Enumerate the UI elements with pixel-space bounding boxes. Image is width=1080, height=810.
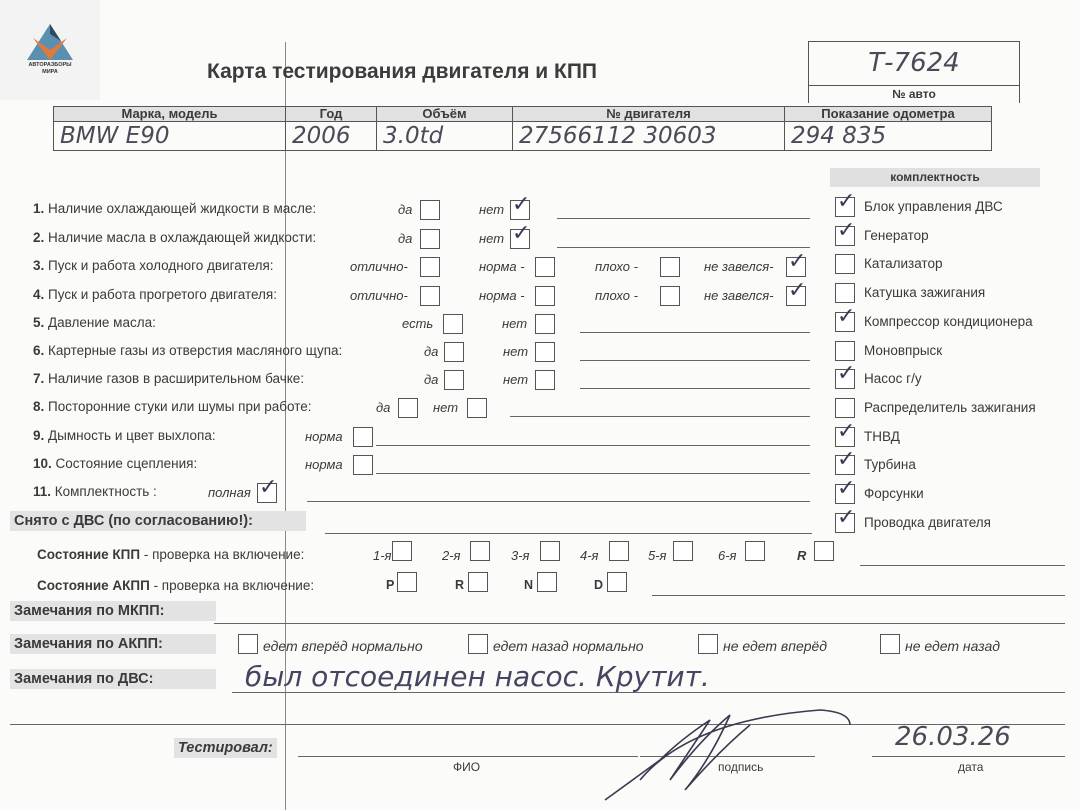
mkpp-remarks-label: Замечания по МКПП: — [10, 601, 216, 621]
gear-label: P — [386, 578, 394, 592]
item-number: 5. — [33, 315, 48, 330]
auto-number-value: Т-7624 — [809, 48, 1019, 78]
item-label: Состояние сцепления: — [56, 456, 198, 471]
item-number: 3. — [33, 258, 48, 273]
completeness-header: комплектность — [830, 168, 1040, 187]
item-number: 1. — [33, 201, 48, 216]
option-checkbox[interactable] — [398, 398, 418, 418]
akpp-remarks-label: Замечания по АКПП: — [10, 634, 216, 654]
auto-gearbox-line[interactable] — [652, 595, 1065, 596]
item-label: Пуск и работа холодного двигателя: — [48, 258, 274, 273]
option-checkbox[interactable] — [535, 257, 555, 277]
akpp-option-checkbox[interactable] — [880, 634, 900, 654]
dvs-remarks-label: Замечания по ДВС: — [10, 669, 216, 689]
item-label: Наличие охлаждающей жидкости в масле: — [48, 201, 316, 216]
completeness-item: Насос г/у — [864, 371, 922, 386]
col-engine-number: № двигателя — [513, 107, 785, 122]
gear-label: 1-я — [373, 548, 392, 563]
completeness-checkbox[interactable]: ✓ — [835, 226, 855, 246]
akpp-option-label: едет вперёд нормально — [263, 638, 423, 654]
option-checkbox[interactable]: ✓ — [510, 229, 530, 249]
date-line — [872, 756, 1065, 757]
option-label: не завелся- — [704, 259, 774, 274]
completeness-item: Катализатор — [864, 256, 942, 271]
completeness-item: Катушка зажигания — [864, 285, 985, 300]
gear-checkbox[interactable] — [673, 541, 693, 561]
checklist-item-1: 1. Наличие охлаждающей жидкости в масле: — [33, 201, 316, 216]
signature-icon — [600, 700, 860, 810]
completeness-checkbox[interactable]: ✓ — [835, 455, 855, 475]
item-label: Давление масла: — [48, 315, 156, 330]
gear-label: D — [594, 578, 603, 592]
option-label: да — [398, 202, 412, 217]
option-checkbox[interactable] — [660, 257, 680, 277]
gear-label: 3-я — [511, 548, 530, 563]
completeness-item: Моновпрыск — [864, 343, 942, 358]
year-value: 2006 — [286, 122, 377, 151]
option-label: есть — [402, 316, 433, 331]
checklist-item-2: 2. Наличие масла в охлаждающей жидкости: — [33, 230, 316, 245]
completeness-item: Распределитель зажигания — [864, 400, 1036, 415]
vehicle-info-table: Марка, модель Год Объём № двигателя Пока… — [53, 106, 992, 151]
option-label: нет — [503, 372, 528, 387]
option-checkbox[interactable] — [443, 314, 463, 334]
col-volume: Объём — [377, 107, 513, 122]
date-value[interactable]: 26.03.26 — [895, 722, 1011, 752]
checkmark-icon: ✓ — [837, 479, 855, 499]
item-label: Посторонние стуки или шумы при работе: — [48, 399, 312, 414]
checkmark-icon: ✓ — [512, 195, 530, 215]
checklist-item-7: 7. Наличие газов в расширительном бачке: — [33, 371, 304, 386]
gear-checkbox[interactable] — [814, 541, 834, 561]
completeness-checkbox[interactable]: ✓ — [835, 369, 855, 389]
completeness-checkbox[interactable]: ✓ — [835, 197, 855, 217]
gear-checkbox[interactable] — [745, 541, 765, 561]
completeness-checkbox[interactable] — [835, 341, 855, 361]
checklist-item-5: 5. Давление масла: — [33, 315, 156, 330]
completeness-checkbox[interactable] — [835, 283, 855, 303]
item-number: 9. — [33, 428, 48, 443]
checkmark-icon: ✓ — [837, 364, 855, 384]
akpp-option-checkbox[interactable] — [468, 634, 488, 654]
checklist-item-4: 4. Пуск и работа прогретого двигателя: — [33, 287, 277, 302]
option-label: нет — [479, 231, 504, 246]
option-label: да — [424, 372, 438, 387]
option-label: не завелся- — [704, 288, 774, 303]
option-label: норма — [305, 429, 343, 444]
date-caption: дата — [958, 760, 983, 774]
checkmark-icon: ✓ — [788, 252, 806, 272]
option-label: да — [376, 400, 390, 415]
akpp-option-checkbox[interactable] — [238, 634, 258, 654]
removed-parts-line[interactable] — [325, 533, 812, 534]
checklist-item-11: 11. Комплектность : — [33, 484, 157, 499]
gear-label: 6-я — [718, 548, 737, 563]
gear-label: 5-я — [648, 548, 667, 563]
option-checkbox[interactable]: ✓ — [510, 200, 530, 220]
comment-line[interactable] — [376, 445, 810, 446]
signature-caption: подпись — [718, 760, 763, 774]
item-label: Комплектность : — [55, 484, 157, 499]
option-checkbox[interactable] — [535, 370, 555, 390]
gear-checkbox[interactable] — [392, 541, 412, 561]
item-label: Картерные газы из отверстия масляного щу… — [48, 343, 342, 358]
manual-gearbox-label: Состояние КПП - проверка на включение: — [37, 547, 304, 562]
item-label: Наличие масла в охлаждающей жидкости: — [48, 230, 316, 245]
checkmark-icon: ✓ — [788, 281, 806, 301]
checklist-item-8: 8. Посторонние стуки или шумы при работе… — [33, 399, 312, 414]
completeness-item: Компрессор кондиционера — [864, 314, 1033, 329]
item-number: 11. — [33, 484, 55, 499]
dvs-remarks-value[interactable]: был отсоединен насос. Крутит. — [245, 660, 710, 693]
option-checkbox[interactable] — [535, 342, 555, 362]
checkmark-icon: ✓ — [512, 224, 530, 244]
akpp-option-label: едет назад нормально — [493, 638, 644, 654]
option-label: да — [398, 231, 412, 246]
option-label: норма - — [479, 288, 525, 303]
akpp-option-label: не едет вперёд — [723, 638, 827, 654]
gear-checkbox[interactable] — [468, 572, 488, 592]
engine-number-value: 27566112 30603 — [513, 122, 785, 151]
auto-number-label: № авто — [809, 87, 1019, 101]
removed-parts-label: Снято с ДВС (по согласованию!): — [10, 511, 306, 531]
tested-by-label: Тестировал: — [174, 738, 277, 758]
fio-line[interactable] — [298, 756, 638, 757]
option-label: нет — [479, 202, 504, 217]
completeness-checkbox[interactable]: ✓ — [835, 427, 855, 447]
gear-label: R — [797, 548, 806, 563]
checkmark-icon: ✓ — [837, 192, 855, 212]
logo: АВТОРАЗБОРЫ МИРА — [0, 0, 100, 100]
logo-icon — [27, 24, 73, 60]
comment-line[interactable] — [580, 332, 810, 333]
option-checkbox[interactable] — [444, 342, 464, 362]
gear-checkbox[interactable] — [540, 541, 560, 561]
gear-label: R — [455, 578, 464, 592]
comment-line[interactable] — [580, 388, 810, 389]
option-checkbox[interactable] — [467, 398, 487, 418]
item-number: 7. — [33, 371, 48, 386]
odometer-value: 294 835 — [785, 122, 992, 151]
paper-fold-line — [285, 42, 286, 810]
completeness-checkbox[interactable] — [835, 254, 855, 274]
option-label: нет — [433, 400, 458, 415]
item-number: 8. — [33, 399, 48, 414]
auto-number-box: Т-7624 № авто — [808, 41, 1020, 103]
logo-text-1: АВТОРАЗБОРЫ — [0, 62, 100, 69]
option-checkbox[interactable] — [420, 200, 440, 220]
option-checkbox[interactable] — [353, 455, 373, 475]
option-checkbox[interactable] — [535, 286, 555, 306]
comment-line[interactable] — [557, 247, 810, 248]
item-number: 4. — [33, 287, 48, 302]
checklist-item-3: 3. Пуск и работа холодного двигателя: — [33, 258, 274, 273]
dvs-remarks-line — [232, 692, 1065, 693]
option-checkbox[interactable] — [535, 314, 555, 334]
checkmark-icon: ✓ — [837, 422, 855, 442]
auto-gearbox-label: Состояние АКПП - проверка на включение: — [37, 578, 314, 593]
item-label: Пуск и работа прогретого двигателя: — [48, 287, 277, 302]
manual-gearbox-line[interactable] — [860, 565, 1065, 566]
option-label: норма - — [479, 259, 525, 274]
gear-checkbox[interactable] — [607, 572, 627, 592]
akpp-option-checkbox[interactable] — [698, 634, 718, 654]
checkmark-icon: ✓ — [837, 221, 855, 241]
col-year: Год — [286, 107, 377, 122]
option-checkbox[interactable] — [420, 229, 440, 249]
gear-label: 4-я — [580, 548, 599, 563]
option-label: да — [424, 344, 438, 359]
mkpp-remarks-line[interactable] — [214, 623, 1065, 624]
item-number: 2. — [33, 230, 48, 245]
option-checkbox[interactable] — [660, 286, 680, 306]
option-checkbox[interactable] — [420, 257, 440, 277]
completeness-checkbox[interactable]: ✓ — [835, 312, 855, 332]
checkmark-icon: ✓ — [837, 508, 855, 528]
option-label: нет — [502, 316, 527, 331]
comment-line[interactable] — [307, 501, 810, 502]
checklist-item-9: 9. Дымность и цвет выхлопа: — [33, 428, 216, 443]
checkmark-icon: ✓ — [837, 307, 855, 327]
col-odometer: Показание одометра — [785, 107, 992, 122]
completeness-checkbox[interactable]: ✓ — [835, 513, 855, 533]
completeness-item: Турбина — [864, 457, 916, 472]
comment-line[interactable] — [510, 416, 810, 417]
completeness-item: Генератор — [864, 228, 929, 243]
completeness-item: ТНВД — [864, 429, 900, 444]
comment-line[interactable] — [376, 473, 810, 474]
option-label: плохо - — [595, 259, 638, 274]
option-label: отлично- — [350, 288, 408, 303]
page-title: Карта тестирования двигателя и КПП — [207, 60, 597, 84]
option-checkbox[interactable] — [444, 370, 464, 390]
item-number: 6. — [33, 343, 48, 358]
option-checkbox[interactable]: ✓ — [786, 257, 806, 277]
gear-checkbox[interactable] — [537, 572, 557, 592]
checklist-item-6: 6. Картерные газы из отверстия масляного… — [33, 343, 342, 358]
checkmark-icon: ✓ — [837, 450, 855, 470]
gear-label: 2-я — [442, 548, 461, 563]
completeness-checkbox[interactable]: ✓ — [835, 484, 855, 504]
completeness-checkbox[interactable] — [835, 398, 855, 418]
option-checkbox[interactable]: ✓ — [786, 286, 806, 306]
option-checkbox[interactable]: ✓ — [257, 483, 277, 503]
item-label: Наличие газов в расширительном бачке: — [48, 371, 304, 386]
logo-text-2: МИРА — [0, 69, 100, 76]
option-label: норма — [305, 457, 343, 472]
akpp-option-label: не едет назад — [905, 638, 1000, 654]
gear-label: N — [524, 578, 533, 592]
option-label: нет — [503, 344, 528, 359]
col-make-model: Марка, модель — [54, 107, 286, 122]
comment-line[interactable] — [557, 218, 810, 219]
gear-checkbox[interactable] — [397, 572, 417, 592]
item-number: 10. — [33, 456, 56, 471]
option-checkbox[interactable] — [420, 286, 440, 306]
checkmark-icon: ✓ — [259, 478, 277, 498]
fio-caption: ФИО — [453, 760, 480, 774]
item-label: Дымность и цвет выхлопа: — [48, 428, 216, 443]
volume-value: 3.0td — [377, 122, 513, 151]
make-model-value: BMW E90 — [54, 122, 286, 151]
gear-checkbox[interactable] — [470, 541, 490, 561]
option-checkbox[interactable] — [353, 427, 373, 447]
option-label: полная — [208, 485, 251, 500]
comment-line[interactable] — [580, 360, 810, 361]
gear-checkbox[interactable] — [609, 541, 629, 561]
completeness-item: Блок управления ДВС — [864, 199, 1003, 214]
option-label: плохо - — [595, 288, 638, 303]
checklist-item-10: 10. Состояние сцепления: — [33, 456, 197, 471]
completeness-item: Форсунки — [864, 486, 924, 501]
option-label: отлично- — [350, 259, 408, 274]
completeness-item: Проводка двигателя — [864, 515, 991, 530]
